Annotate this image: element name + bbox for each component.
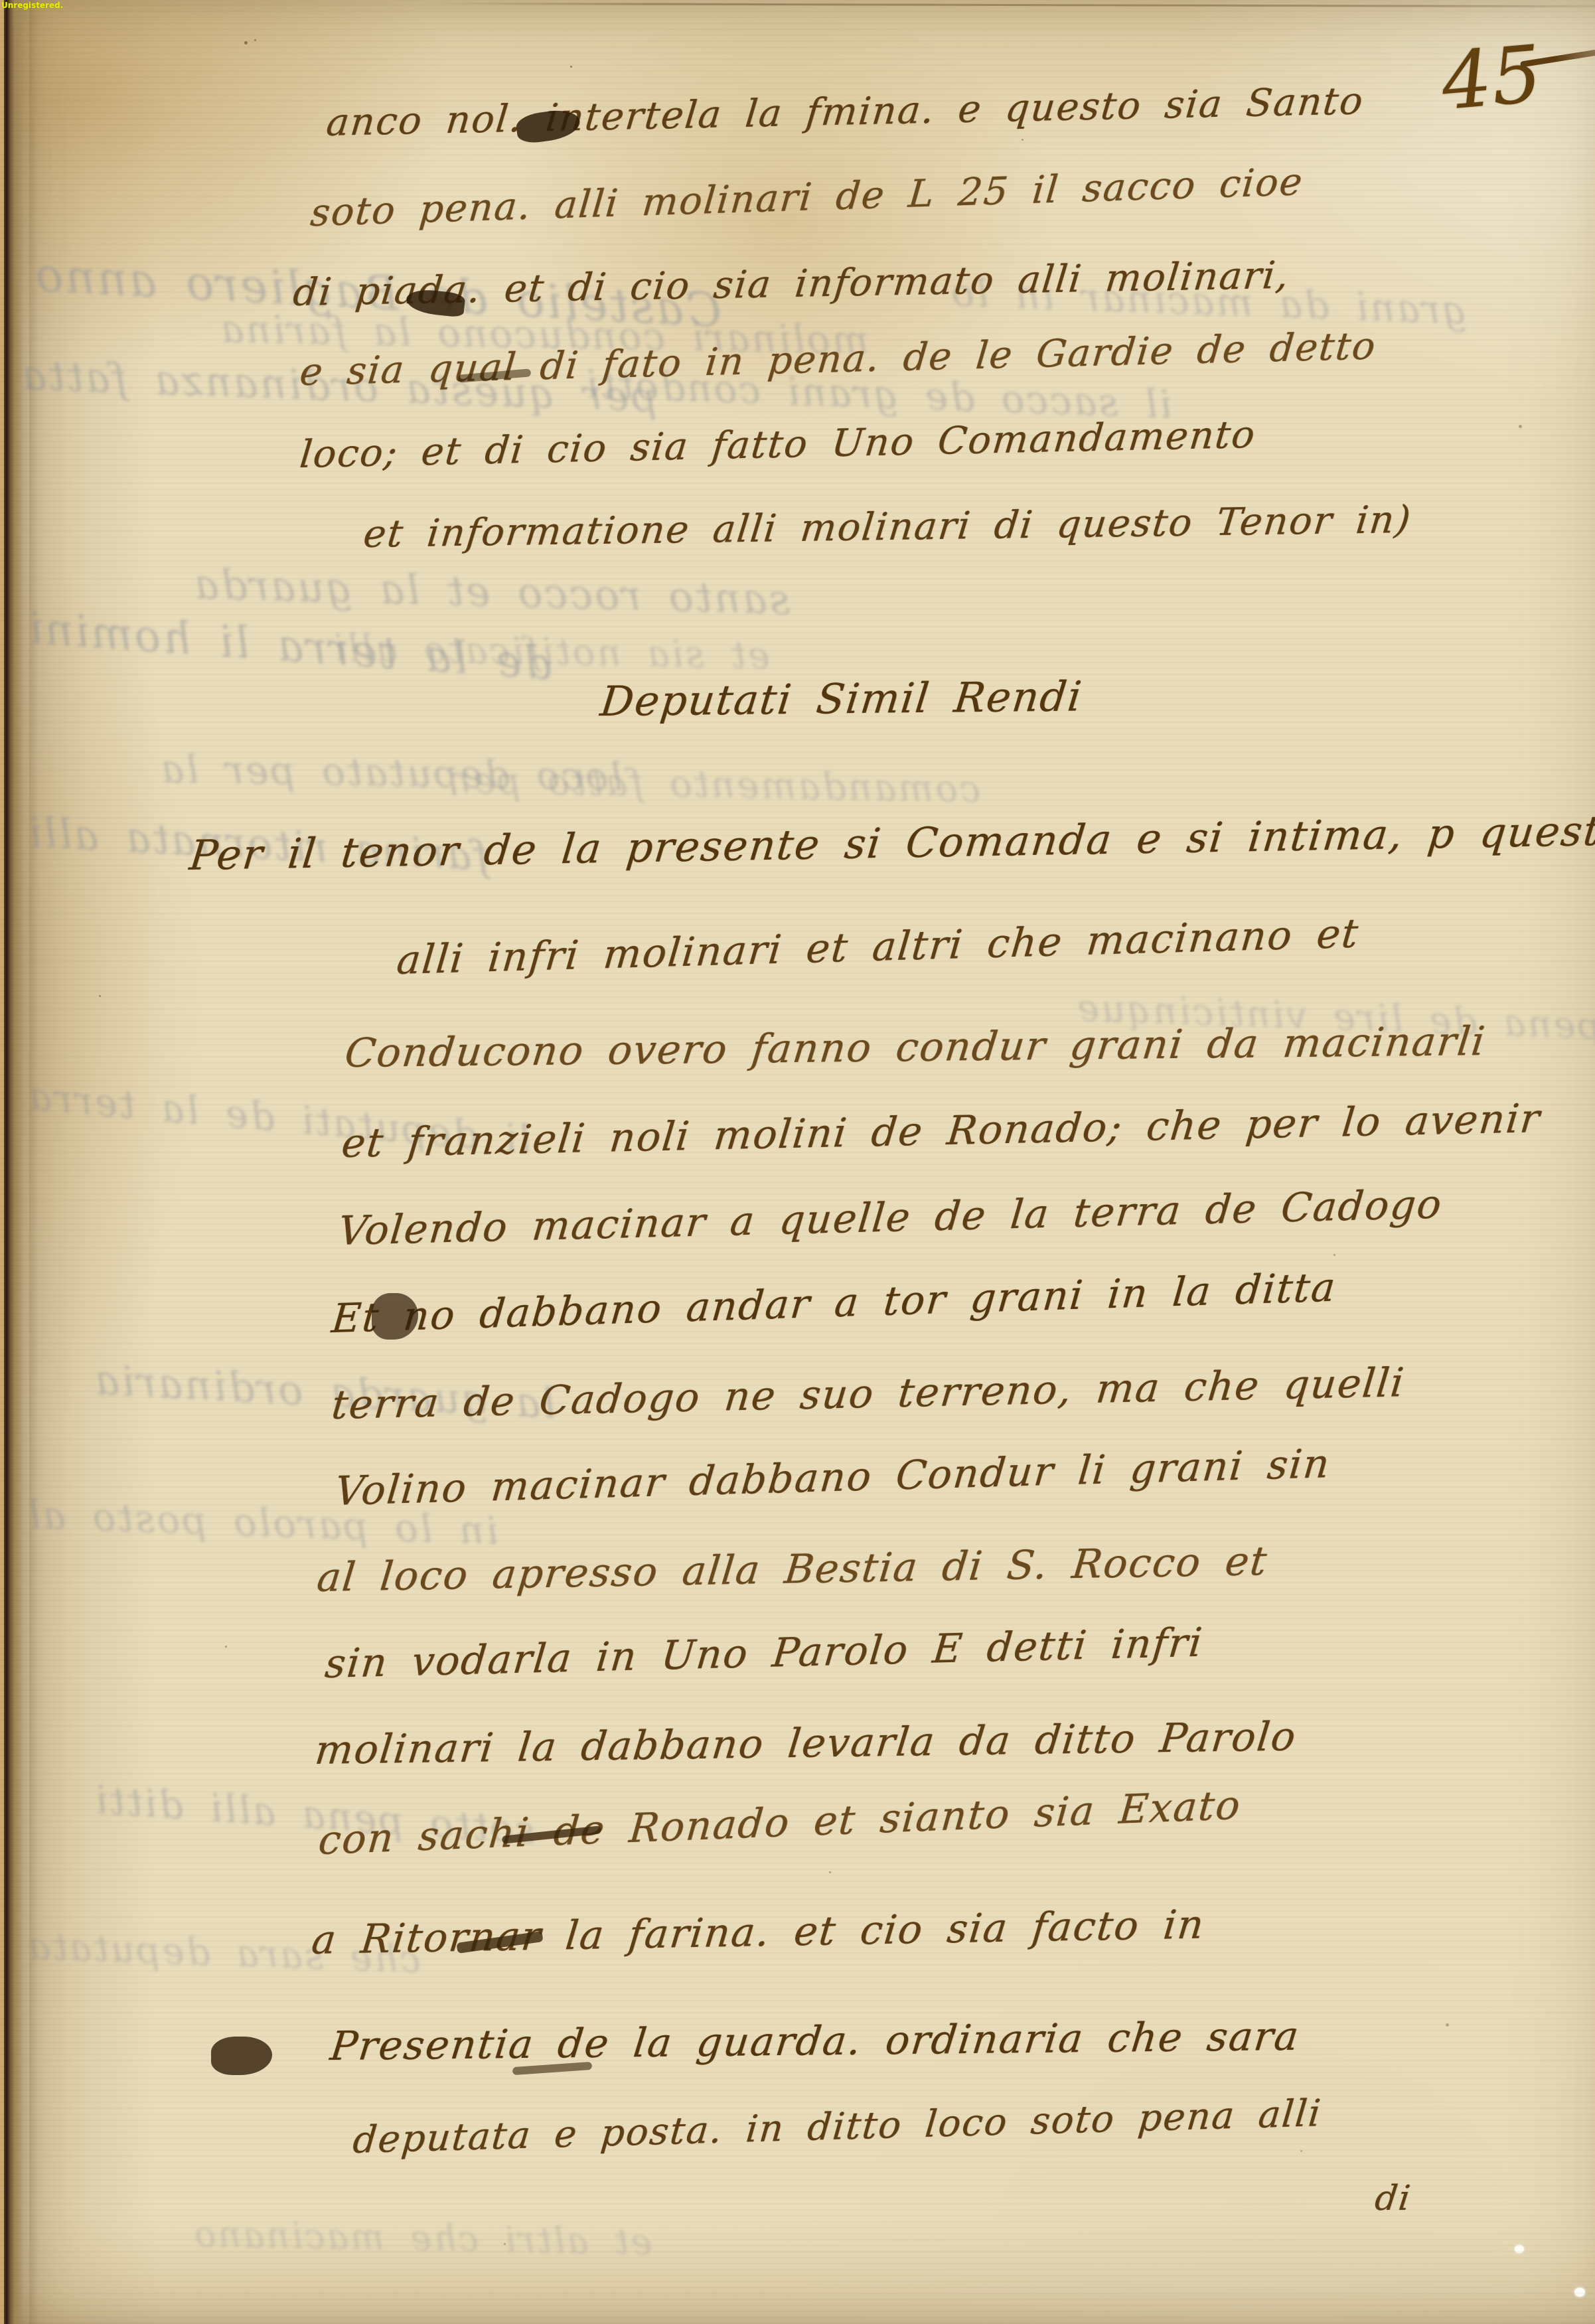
manuscript-line: Presentia de la guarda. ordinaria che sa… — [328, 2013, 1302, 2070]
manuscript-line: a Ritornar la farina. et cio sia facto i… — [309, 1901, 1207, 1964]
catchword: di — [1373, 2179, 1413, 2218]
manuscript-line: anco nol. intertela la fmina. e questo s… — [325, 79, 1366, 145]
manuscript-line: Et no dabbano andar a tor grani in la di… — [330, 1264, 1339, 1342]
manuscript-line: alli infri molinari et altri che macinan… — [395, 910, 1361, 984]
bleed-through-line: et sia notificato alli — [331, 627, 770, 678]
manuscript-line: soto pena. alli molinari de L 25 il sacc… — [309, 160, 1306, 235]
manuscript-line: Volendo macinar a quelle de la terra de … — [337, 1181, 1445, 1255]
manuscript-line: con sachi de Ronado et sianto sia Exato — [317, 1782, 1243, 1864]
section-heading: Deputati Simil Rendi — [598, 672, 1085, 726]
page-number-value: 45 — [1438, 28, 1545, 128]
bleed-through-line: comandamento fatto per — [451, 759, 981, 811]
manuscript-line: molinari la dabbano levarla da ditto Par… — [313, 1713, 1299, 1774]
manuscript-line: et informatione alli molinari di questo … — [361, 498, 1414, 556]
manuscript-line: Per il tenor de la presente si Comanda e… — [187, 806, 1595, 880]
bleed-through-line: et altri che macinano — [192, 2213, 653, 2263]
page-top-edge — [425, 3, 1595, 8]
page-number: 45 — [1438, 28, 1545, 128]
manuscript-line: deputata e posta. in ditto loco soto pen… — [351, 2092, 1324, 2162]
manuscript-line: loco; et di cio sia fatto Uno Comandamen… — [298, 413, 1258, 477]
book-gutter — [0, 0, 24, 2324]
bleed-through-line: santo rocco et la guarda — [192, 560, 791, 624]
ink-blot — [211, 2037, 272, 2075]
paper-fiber-dot — [1515, 2245, 1524, 2253]
manuscript-page: Castelio de Bagliero anno per questa ord… — [0, 0, 1595, 2324]
gutter-crease — [29, 0, 38, 2324]
scan-watermark: Unregistered. — [1, 1, 63, 10]
manuscript-line: Volino macinar dabbano Condur li grani s… — [333, 1440, 1333, 1515]
manuscript-line: terra de Cadogo ne suo terreno, ma che q… — [329, 1359, 1406, 1429]
manuscript-line: et franzieli noli molini de Ronado; che … — [339, 1095, 1543, 1167]
paper-fiber-dot — [1574, 2287, 1585, 2297]
manuscript-line: Conducono overo fanno condur grani da ma… — [342, 1018, 1488, 1077]
manuscript-line: sin vodarla in Uno Parolo E detti infri — [323, 1620, 1205, 1688]
